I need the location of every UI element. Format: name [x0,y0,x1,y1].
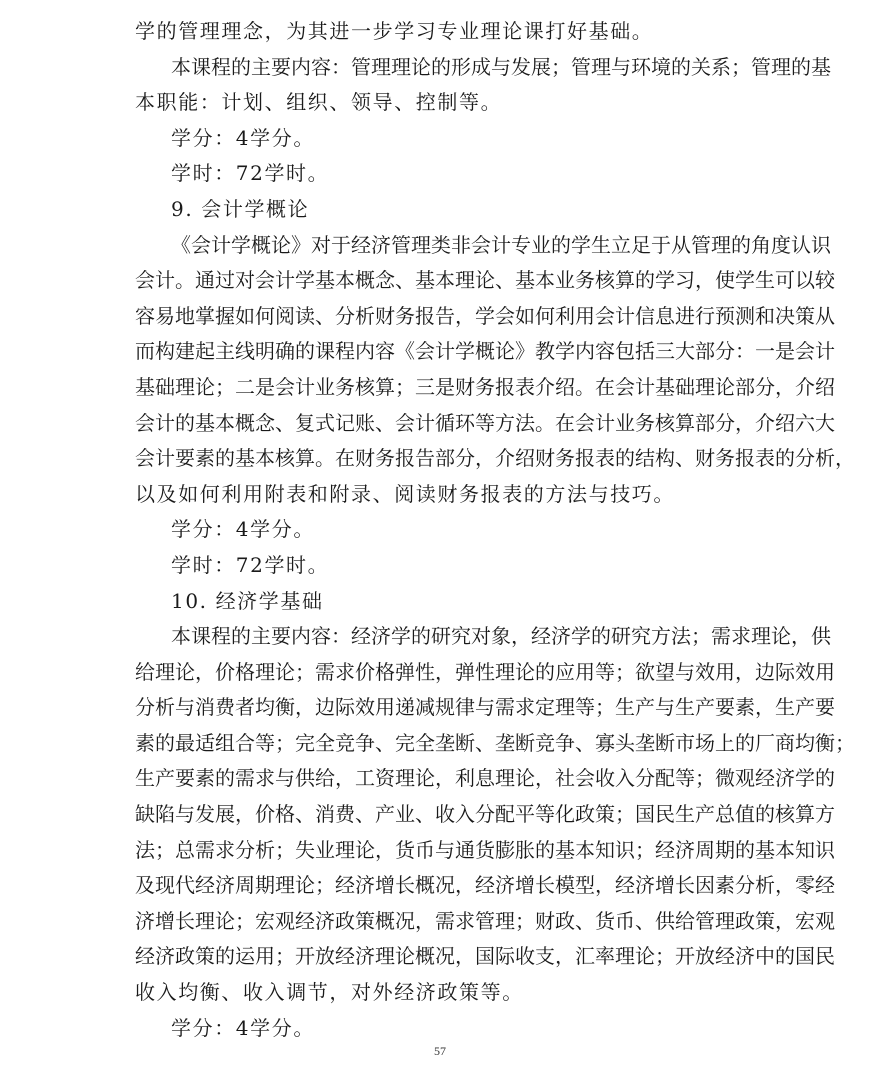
text-line: 基础理论；二是会计业务核算；三是财务报表介绍。在会计基础理论部分，介绍 [135,370,777,406]
text-line: 以及如何利用附表和附录、阅读财务报表的方法与技巧。 [135,477,777,513]
text-line: 法；总需求分析；失业理论，货币与通货膨胀的基本知识；经济周期的基本知识 [135,833,777,869]
credits-line: 学分：4学分。 [135,512,777,548]
text-line: 生产要素的需求与供给，工资理论，利息理论，社会收入分配等；微观经济学的 [135,761,777,797]
text-line: 会计要素的基本核算。在财务报告部分，介绍财务报表的结构、财务报表的分析， [135,441,777,477]
text-line: 学的管理理念，为其进一步学习专业理论课打好基础。 [135,14,777,50]
credits-line: 学分：4学分。 [135,121,777,157]
page-number: 57 [0,1044,880,1059]
paragraph-accounting: 《会计学概论》对于经济管理类非会计专业的学生立足于从管理的角度认识 [135,228,777,264]
text-line: 济增长理论；宏观经济政策概况，需求管理；财政、货币、供给管理政策，宏观 [135,904,777,940]
section-heading-economics: 10. 经济学基础 [135,584,777,620]
text-line: 会计。通过对会计学基本概念、基本理论、基本业务核算的学习，使学生可以较 [135,263,777,299]
text-line: 本职能：计划、组织、领导、控制等。 [135,85,777,121]
section-heading-accounting: 9. 会计学概论 [135,192,777,228]
text-line: 会计的基本概念、复式记账、会计循环等方法。在会计业务核算部分，介绍六大 [135,406,777,442]
text-line: 缺陷与发展，价格、消费、产业、收入分配平等化政策；国民生产总值的核算方 [135,797,777,833]
text-line: 给理论，价格理论；需求价格弹性，弹性理论的应用等；欲望与效用，边际效用 [135,655,777,691]
hours-line: 学时：72学时。 [135,548,777,584]
text-line: 容易地掌握如何阅读、分析财务报告，学会如何利用会计信息进行预测和决策从 [135,299,777,335]
paragraph-main-content-management: 本课程的主要内容：管理理论的形成与发展；管理与环境的关系；管理的基 [135,50,777,86]
text-line: 经济政策的运用；开放经济理论概况，国际收支，汇率理论；开放经济中的国民 [135,939,777,975]
text-line: 及现代经济周期理论；经济增长概况，经济增长模型，经济增长因素分析，零经 [135,868,777,904]
document-body: 学的管理理念，为其进一步学习专业理论课打好基础。 本课程的主要内容：管理理论的形… [135,14,777,1046]
hours-line: 学时：72学时。 [135,156,777,192]
text-line: 分析与消费者均衡，边际效用递减规律与需求定理等；生产与生产要素，生产要 [135,690,777,726]
credits-line: 学分：4学分。 [135,1011,777,1047]
text-line: 素的最适组合等；完全竞争、完全垄断、垄断竞争、寡头垄断市场上的厂商均衡； [135,726,777,762]
text-line: 而构建起主线明确的课程内容《会计学概论》教学内容包括三大部分：一是会计 [135,334,777,370]
paragraph-economics: 本课程的主要内容：经济学的研究对象，经济学的研究方法；需求理论，供 [135,619,777,655]
text-line: 收入均衡、收入调节，对外经济政策等。 [135,975,777,1011]
